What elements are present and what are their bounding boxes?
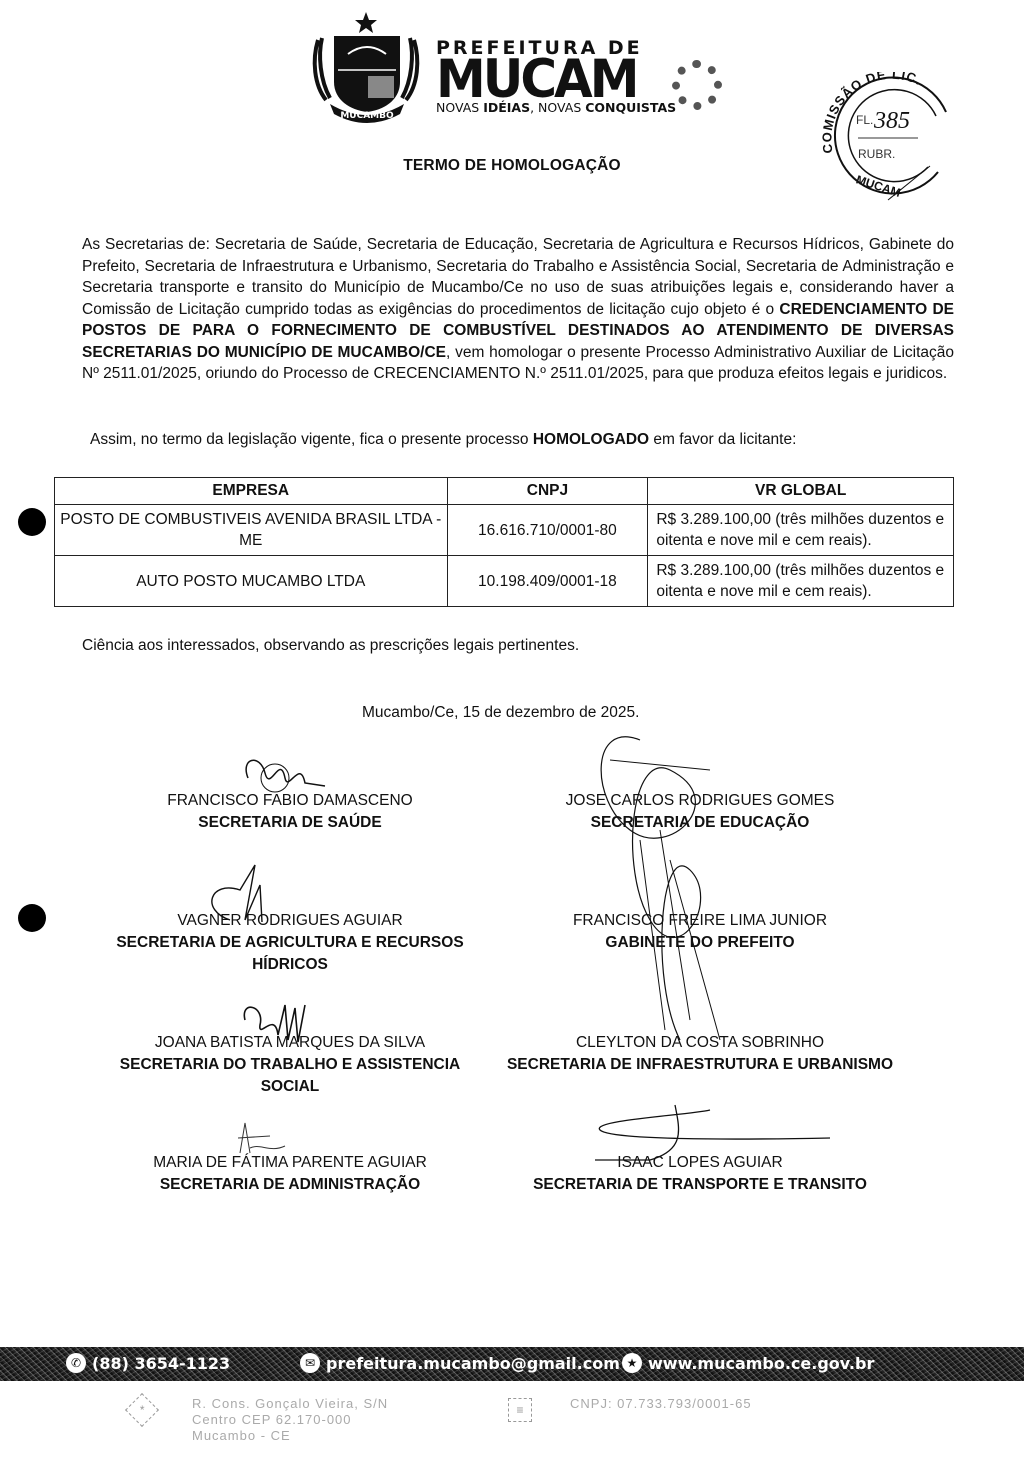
- signatory-role: SECRETARIA DO TRABALHO E ASSISTENCIA SOC…: [80, 1054, 500, 1098]
- svg-text:385: 385: [873, 108, 910, 134]
- footer-phone: ✆ (88) 3654-1123: [66, 1353, 230, 1373]
- svg-text:MUCAMBO: MUCAMBO: [340, 111, 394, 121]
- signatory-name: CLEYLTON DA COSTA SOBRINHO: [490, 1032, 910, 1054]
- footer-contact-band: ✆ (88) 3654-1123 ✉ prefeitura.mucambo@gm…: [0, 1347, 1024, 1381]
- signatory-role: SECRETARIA DE EDUCAÇÃO: [490, 812, 910, 834]
- signatory-name: ISAAC LOPES AGUIAR: [490, 1152, 910, 1174]
- signatory-role: GABINETE DO PREFEITO: [490, 932, 910, 954]
- cell-empresa: POSTO DE COMBUSTIVEIS AVENIDA BRASIL LTD…: [55, 505, 448, 556]
- signatory-name: FRANCISCO FABIO DAMASCENO: [80, 790, 500, 812]
- place-and-date: Mucambo/Ce, 15 de dezembro de 2025.: [362, 704, 639, 722]
- globe-icon: ★: [622, 1353, 642, 1373]
- punch-hole: [18, 508, 46, 536]
- closing-note: Ciência aos interessados, observando as …: [82, 637, 579, 655]
- table-row: AUTO POSTO MUCAMBO LTDA 10.198.409/0001-…: [55, 556, 954, 607]
- signature-block: MARIA DE FÁTIMA PARENTE AGUIAR SECRETARI…: [80, 1152, 500, 1196]
- signature-block: VAGNER RODRIGUES AGUIAR SECRETARIA DE AG…: [80, 910, 500, 976]
- footer-website[interactable]: ★ www.mucambo.ce.gov.br: [622, 1353, 874, 1373]
- signatory-role: SECRETARIA DE AGRICULTURA E RECURSOS HÍD…: [80, 932, 500, 976]
- svg-text:MUCAM: MUCAM: [854, 172, 902, 200]
- footer-cnpj: CNPJ: 07.733.793/0001-65: [570, 1396, 752, 1412]
- document-icon: ≡: [508, 1398, 532, 1422]
- footer-address: R. Cons. Gonçalo Vieira, S/N Centro CEP …: [192, 1396, 388, 1444]
- mail-icon: ✉: [300, 1353, 320, 1373]
- svg-text:FL.: FL.: [856, 113, 873, 127]
- punch-hole: [18, 904, 46, 932]
- phone-icon: ✆: [66, 1353, 86, 1373]
- brand-name: MUCAM: [436, 57, 676, 101]
- cell-vr-global: R$ 3.289.100,00 (três milhões duzentos e…: [648, 556, 954, 607]
- footer-email[interactable]: ✉ prefeitura.mucambo@gmail.com: [300, 1353, 620, 1373]
- cell-empresa: AUTO POSTO MUCAMBO LTDA: [55, 556, 448, 607]
- signature-block: JOANA BATISTA MARQUES DA SILVA SECRETARI…: [80, 1032, 500, 1098]
- homologation-paragraph: As Secretarias de: Secretaria de Saúde, …: [82, 234, 954, 385]
- homologated-statement: Assim, no termo da legislação vigente, f…: [90, 431, 796, 449]
- signatory-role: SECRETARIA DE INFRAESTRUTURA E URBANISMO: [490, 1054, 910, 1076]
- table-header-row: EMPRESA CNPJ VR GLOBAL: [55, 478, 954, 505]
- winning-bidders-table: EMPRESA CNPJ VR GLOBAL POSTO DE COMBUSTI…: [54, 477, 954, 607]
- signature-block: CLEYLTON DA COSTA SOBRINHO SECRETARIA DE…: [490, 1032, 910, 1076]
- column-header-vr-global: VR GLOBAL: [648, 478, 954, 505]
- signatory-name: FRANCISCO FREIRE LIMA JUNIOR: [490, 910, 910, 932]
- municipal-crest-icon: MUCAMBO: [308, 10, 426, 125]
- signature-block: FRANCISCO FABIO DAMASCENO SECRETARIA DE …: [80, 790, 500, 834]
- signatory-name: VAGNER RODRIGUES AGUIAR: [80, 910, 500, 932]
- cell-vr-global: R$ 3.289.100,00 (três milhões duzentos e…: [648, 505, 954, 556]
- signatory-role: SECRETARIA DE SAÚDE: [80, 812, 500, 834]
- column-header-cnpj: CNPJ: [447, 478, 648, 505]
- signature-block: FRANCISCO FREIRE LIMA JUNIOR GABINETE DO…: [490, 910, 910, 954]
- cell-cnpj: 16.616.710/0001-80: [447, 505, 648, 556]
- signatory-role: SECRETARIA DE TRANSPORTE E TRANSITO: [490, 1174, 910, 1196]
- letterhead: MUCAMBO PREFEITURA DE MUCAM NOVAS IDÉIAS…: [308, 10, 728, 125]
- commission-stamp: COMISSÃO DE LIC. FL. 385 RUBR. MUCAM: [818, 72, 968, 202]
- cell-cnpj: 10.198.409/0001-18: [447, 556, 648, 607]
- brand-o-logo-icon: [672, 60, 722, 110]
- document-title: TERMO DE HOMOLOGAÇÃO: [0, 157, 1024, 175]
- signatory-name: JOANA BATISTA MARQUES DA SILVA: [80, 1032, 500, 1054]
- table-row: POSTO DE COMBUSTIVEIS AVENIDA BRASIL LTD…: [55, 505, 954, 556]
- signatory-name: JOSE CARLOS RODRIGUES GOMES: [490, 790, 910, 812]
- signature-block: ISAAC LOPES AGUIAR SECRETARIA DE TRANSPO…: [490, 1152, 910, 1196]
- signature-block: JOSE CARLOS RODRIGUES GOMES SECRETARIA D…: [490, 790, 910, 834]
- column-header-empresa: EMPRESA: [55, 478, 448, 505]
- signature-scribble: [570, 720, 770, 1050]
- signatory-role: SECRETARIA DE ADMINISTRAÇÃO: [80, 1174, 500, 1196]
- map-pin-icon: *: [125, 1393, 159, 1427]
- brand-wordmark: PREFEITURA DE MUCAM NOVAS IDÉIAS, NOVAS …: [436, 38, 676, 116]
- signatory-name: MARIA DE FÁTIMA PARENTE AGUIAR: [80, 1152, 500, 1174]
